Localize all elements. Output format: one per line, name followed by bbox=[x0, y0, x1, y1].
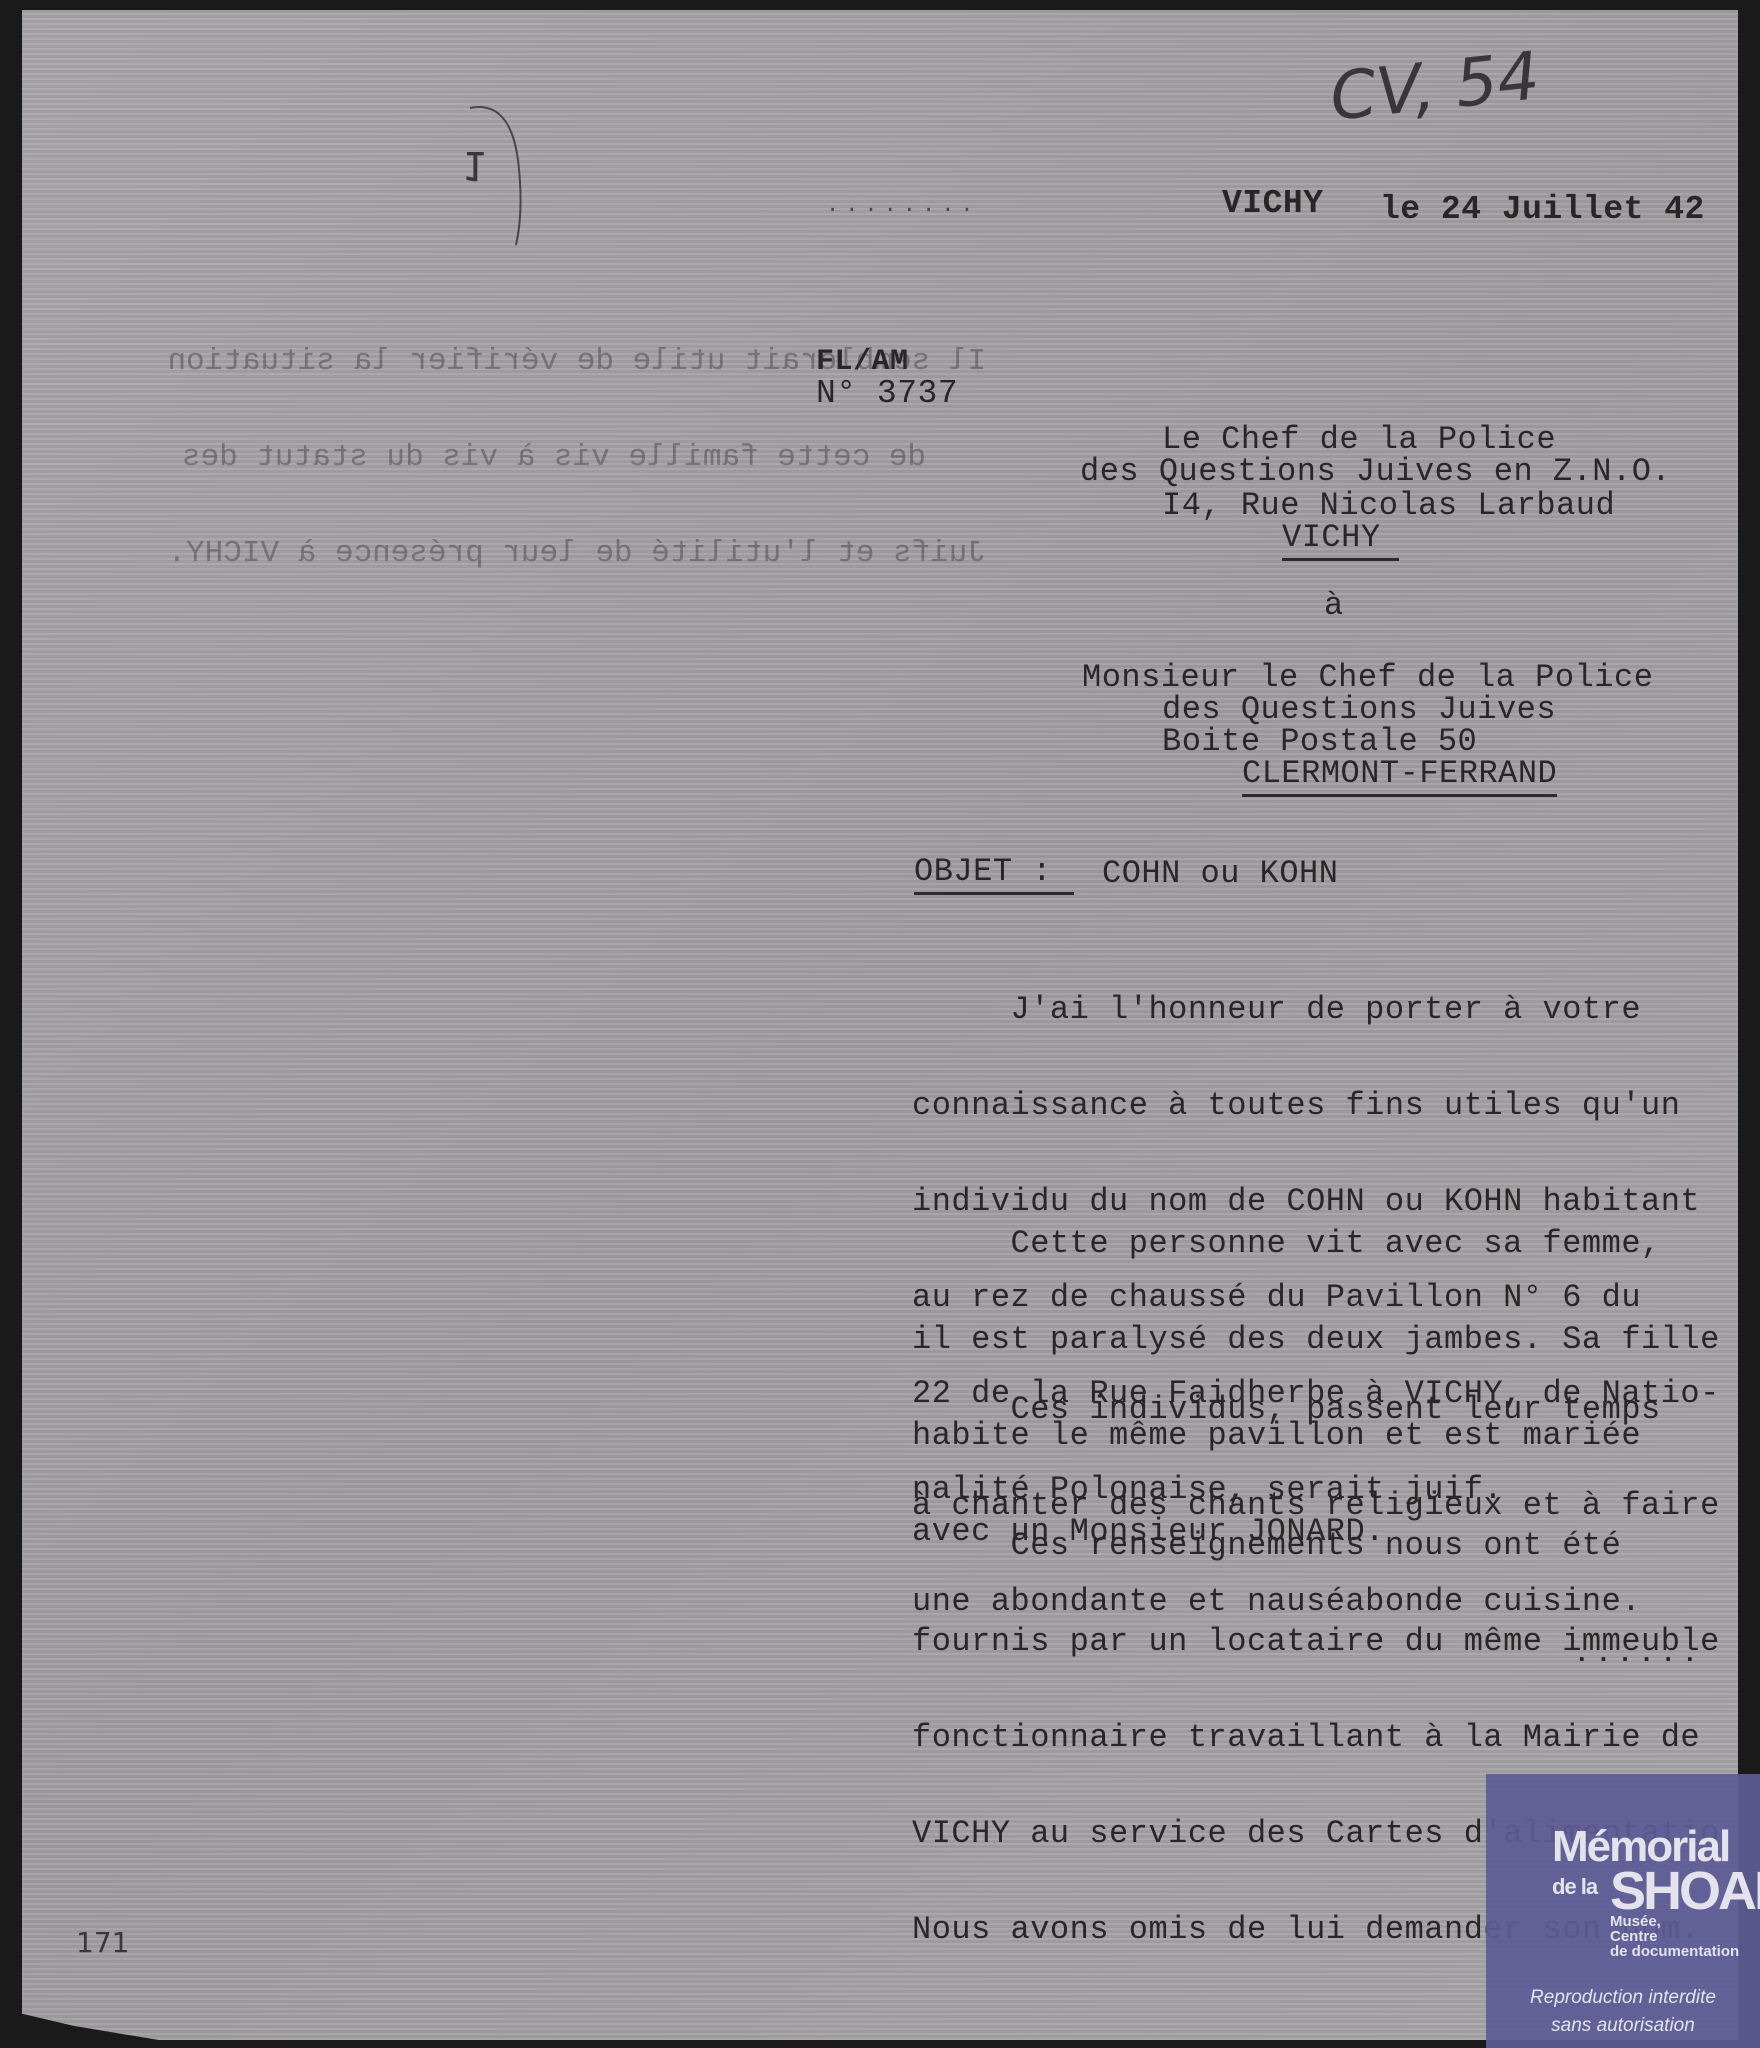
reference-initials: FL/AM bbox=[816, 346, 909, 378]
reference-number: N° 3737 bbox=[816, 378, 958, 410]
body-line: connaissance à toutes fins utiles qu'un bbox=[912, 1090, 1742, 1122]
watermark-subtitle: Musée, Centre de documentation bbox=[1610, 1914, 1739, 1959]
sender-line1: Le Chef de la Police bbox=[1162, 424, 1556, 456]
watermark-notice-line2: sans autorisation bbox=[1486, 2012, 1760, 2040]
handwritten-page-number: 171 bbox=[76, 1926, 129, 1959]
sender-city: VICHY bbox=[1282, 522, 1399, 561]
body-line: Ces renseignements nous ont été bbox=[912, 1530, 1742, 1562]
end-dots: ...... bbox=[1574, 1638, 1704, 1670]
bleed-through-text: Il semblerait utile de vérifier la situa… bbox=[86, 282, 986, 602]
watermark-notice-line1: Reproduction interdite bbox=[1486, 1984, 1760, 2012]
body-line: J'ai l'honneur de porter à votre bbox=[912, 994, 1742, 1026]
watermark-notice: Reproduction interdite sans autorisation bbox=[1486, 1984, 1760, 2040]
recipient-line2: des Questions Juives bbox=[1162, 694, 1556, 726]
watermark-de-la: de la bbox=[1552, 1874, 1597, 1900]
memorial-shoah-watermark: Mémorial de la SHOAH Musée, Centre de do… bbox=[1486, 1774, 1760, 2048]
bleed-line: Juifs et l'utilité de leur présence à VI… bbox=[86, 538, 986, 570]
pencil-arc-mark bbox=[460, 100, 540, 250]
subject-value: COHN ou KOHN bbox=[1102, 858, 1338, 890]
body-line: fonctionnaire travaillant à la Mairie de bbox=[912, 1722, 1742, 1754]
header-date: le 24 Juillet 42 bbox=[1380, 194, 1705, 226]
body-line: Ces individus, passent leur temps bbox=[912, 1394, 1742, 1426]
top-dots: ........ bbox=[826, 190, 980, 222]
recipient-city: CLERMONT-FERRAND bbox=[1242, 758, 1557, 797]
subject-label: OBJET : bbox=[914, 856, 1074, 895]
bleed-line: de cette famille vis à vis du statut des bbox=[86, 442, 986, 474]
watermark-shoah: SHOAH bbox=[1610, 1866, 1760, 1916]
recipient-line3: Boite Postale 50 bbox=[1162, 726, 1477, 758]
sender-line3: I4, Rue Nicolas Larbaud bbox=[1162, 490, 1615, 522]
recipient-line1: Monsieur le Chef de la Police bbox=[1082, 662, 1653, 694]
sender-line2: des Questions Juives en Z.N.O. bbox=[1080, 456, 1671, 488]
to-word: à bbox=[1324, 590, 1344, 622]
header-place: VICHY bbox=[1222, 188, 1324, 220]
body-line: Cette personne vit avec sa femme, bbox=[912, 1228, 1742, 1260]
